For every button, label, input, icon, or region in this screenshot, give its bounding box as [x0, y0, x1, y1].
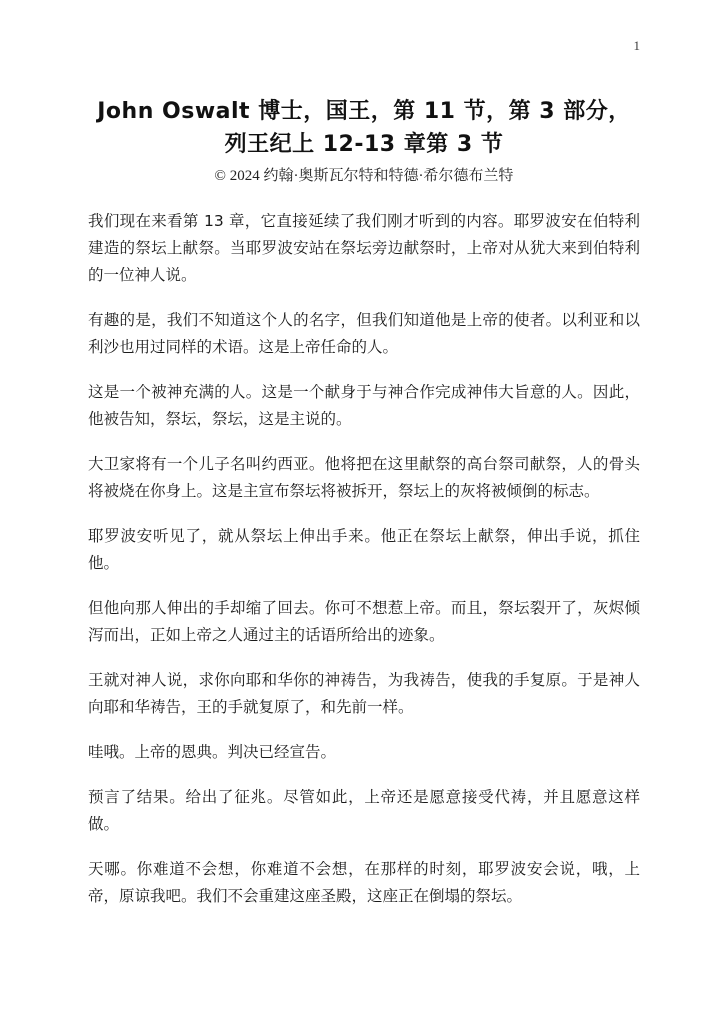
paragraph: 但他向那人伸出的手却缩了回去。你可不想惹上帝。而且，祭坛裂开了，灰烬倾泻而出，正… [88, 595, 640, 649]
body-text: 我们现在来看第 13 章，它直接延续了我们刚才听到的内容。耶罗波安在伯特利建造的… [88, 208, 640, 910]
paragraph: 大卫家将有一个儿子名叫约西亚。他将把在这里献祭的高台祭司献祭，人的骨头将被烧在你… [88, 451, 640, 505]
document-title-line-1: John Oswalt 博士，国王，第 11 节，第 3 部分， [88, 95, 640, 128]
paragraph: 哇哦。上帝的恩典。判决已经宣告。 [88, 739, 640, 766]
paragraph: 天哪。你难道不会想，你难道不会想，在那样的时刻，耶罗波安会说，哦，上帝，原谅我吧… [88, 856, 640, 910]
paragraph: 这是一个被神充满的人。这是一个献身于与神合作完成神伟大旨意的人。因此，他被告知，… [88, 379, 640, 433]
paragraph: 王就对神人说，求你向耶和华你的神祷告，为我祷告，使我的手复原。于是神人向耶和华祷… [88, 667, 640, 721]
paragraph: 有趣的是，我们不知道这个人的名字，但我们知道他是上帝的使者。以利亚和以利沙也用过… [88, 307, 640, 361]
paragraph: 耶罗波安听见了，就从祭坛上伸出手来。他正在祭坛上献祭，伸出手说，抓住他。 [88, 523, 640, 577]
document-page: 1 John Oswalt 博士，国王，第 11 节，第 3 部分， 列王纪上 … [0, 0, 724, 1024]
document-title-line-2: 列王纪上 12-13 章第 3 节 [88, 128, 640, 161]
copyright-line: © 2024 约翰·奥斯瓦尔特和特德·希尔德布兰特 [88, 165, 640, 187]
paragraph: 我们现在来看第 13 章，它直接延续了我们刚才听到的内容。耶罗波安在伯特利建造的… [88, 208, 640, 289]
page-number: 1 [634, 39, 641, 52]
document-content: John Oswalt 博士，国王，第 11 节，第 3 部分， 列王纪上 12… [0, 0, 724, 910]
document-title: John Oswalt 博士，国王，第 11 节，第 3 部分， 列王纪上 12… [88, 95, 640, 161]
paragraph: 预言了结果。给出了征兆。尽管如此，上帝还是愿意接受代祷，并且愿意这样做。 [88, 784, 640, 838]
